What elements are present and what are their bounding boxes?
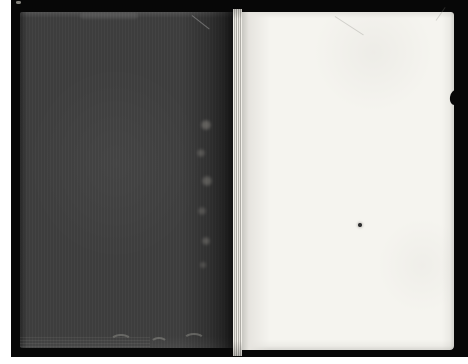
binding-page-edges — [233, 9, 242, 356]
cover-scuff-arc — [183, 333, 205, 347]
cover-scuff-arc — [150, 337, 168, 351]
cover-bottom-streaks — [20, 337, 150, 348]
dust-speck — [16, 1, 21, 4]
blank-right-page — [242, 12, 454, 350]
ink-dot — [358, 223, 362, 227]
page-scratch-mark — [335, 16, 364, 35]
scan-viewport — [0, 0, 468, 364]
book-front-cover — [20, 12, 233, 348]
cover-scratch-mark — [192, 15, 210, 29]
spine-emboss-marks — [193, 115, 219, 277]
cover-top-smudge — [80, 13, 138, 19]
